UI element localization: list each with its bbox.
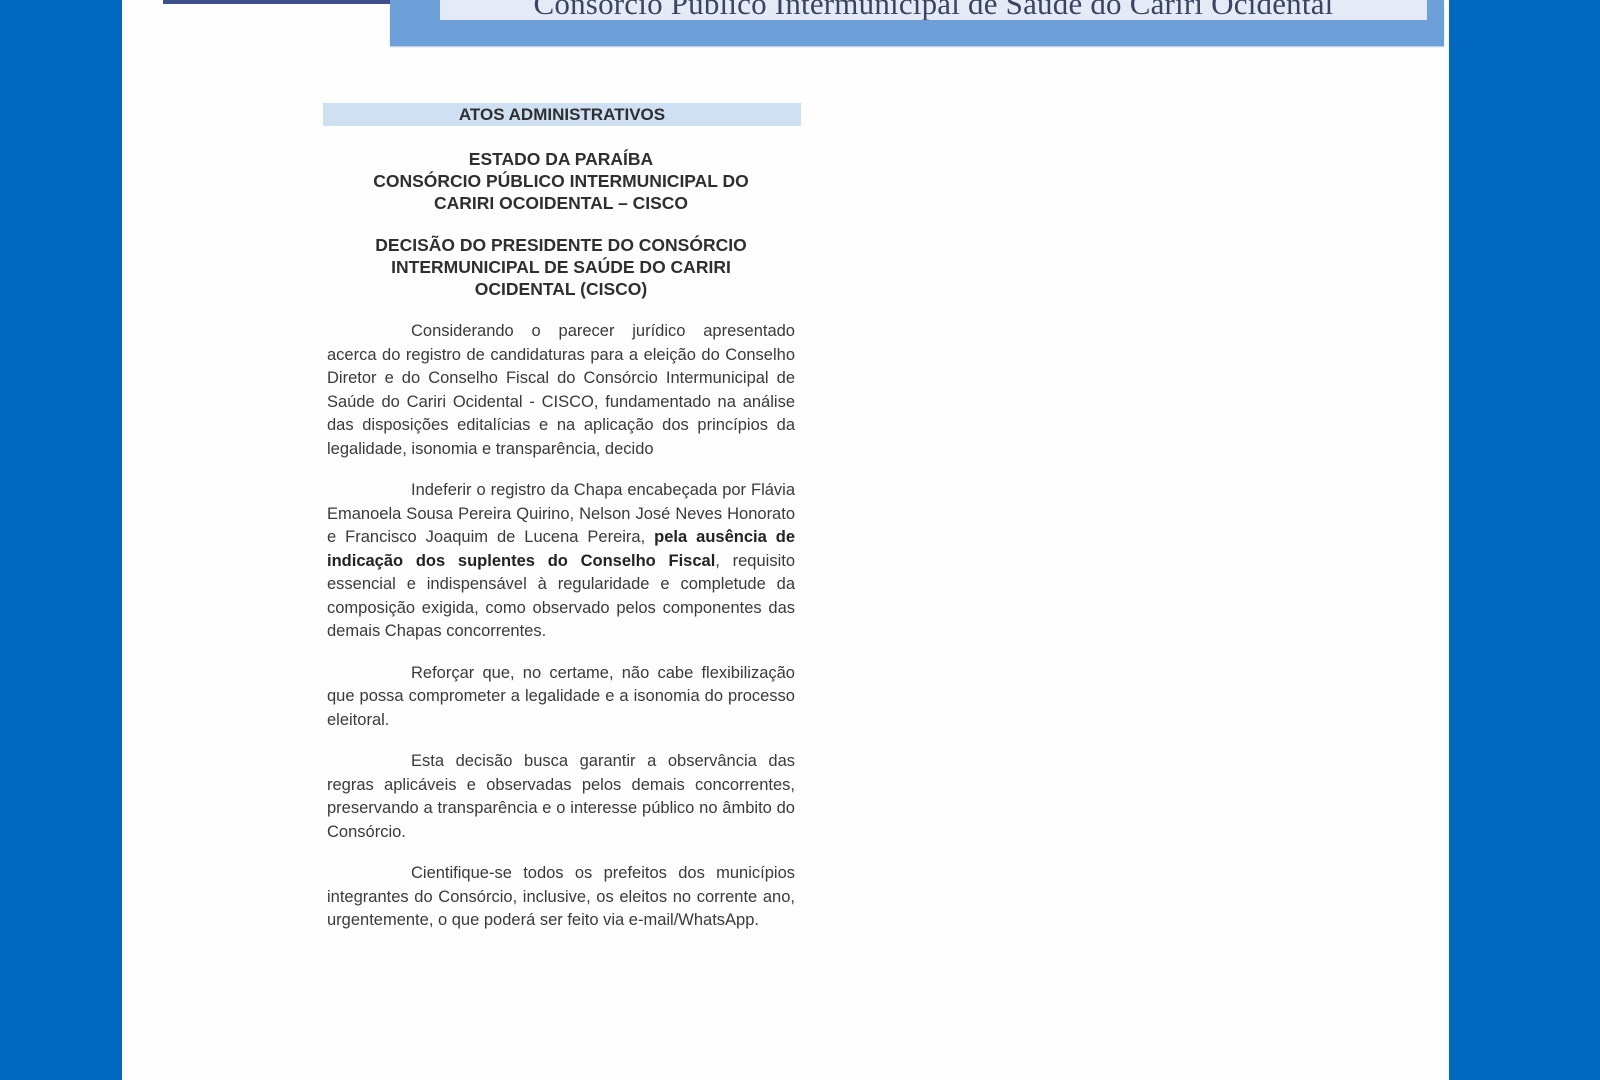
- decision-heading: DECISÃO DO PRESIDENTE DO CONSÓRCIO INTER…: [327, 234, 795, 300]
- paragraph-reinforce: Reforçar que, no certame, não cabe flexi…: [327, 662, 795, 733]
- header-title-box: Consórcio Público Intermunicipal de Saúd…: [440, 0, 1427, 20]
- content-column: ATOS ADMINISTRATIVOS ESTADO DA PARAÍBA C…: [327, 103, 795, 933]
- heading-line: INTERMUNICIPAL DE SAÚDE DO CARIRI: [327, 256, 795, 278]
- heading-line: CARIRI OCOIDENTAL – CISCO: [327, 192, 795, 214]
- paragraph-considering: Considerando o parecer jurídico apresent…: [327, 320, 795, 461]
- section-title-bar: ATOS ADMINISTRATIVOS: [323, 103, 801, 126]
- paragraph-purpose: Esta decisão busca garantir a observânci…: [327, 750, 795, 844]
- header-title: Consórcio Público Intermunicipal de Saúd…: [440, 0, 1427, 20]
- header-banner: Consórcio Público Intermunicipal de Saúd…: [390, 0, 1444, 46]
- state-heading: ESTADO DA PARAÍBA CONSÓRCIO PÚBLICO INTE…: [327, 148, 795, 214]
- heading-line: CONSÓRCIO PÚBLICO INTERMUNICIPAL DO: [327, 170, 795, 192]
- header-accent-bar: [163, 0, 418, 4]
- heading-line: DECISÃO DO PRESIDENTE DO CONSÓRCIO: [327, 234, 795, 256]
- paragraph-decision: Indeferir o registro da Chapa encabeçada…: [327, 479, 795, 644]
- heading-line: ESTADO DA PARAÍBA: [327, 148, 795, 170]
- paragraph-notify: Cientifique-se todos os prefeitos dos mu…: [327, 862, 795, 933]
- document-page: Consórcio Público Intermunicipal de Saúd…: [122, 0, 1449, 1080]
- heading-line: OCIDENTAL (CISCO): [327, 278, 795, 300]
